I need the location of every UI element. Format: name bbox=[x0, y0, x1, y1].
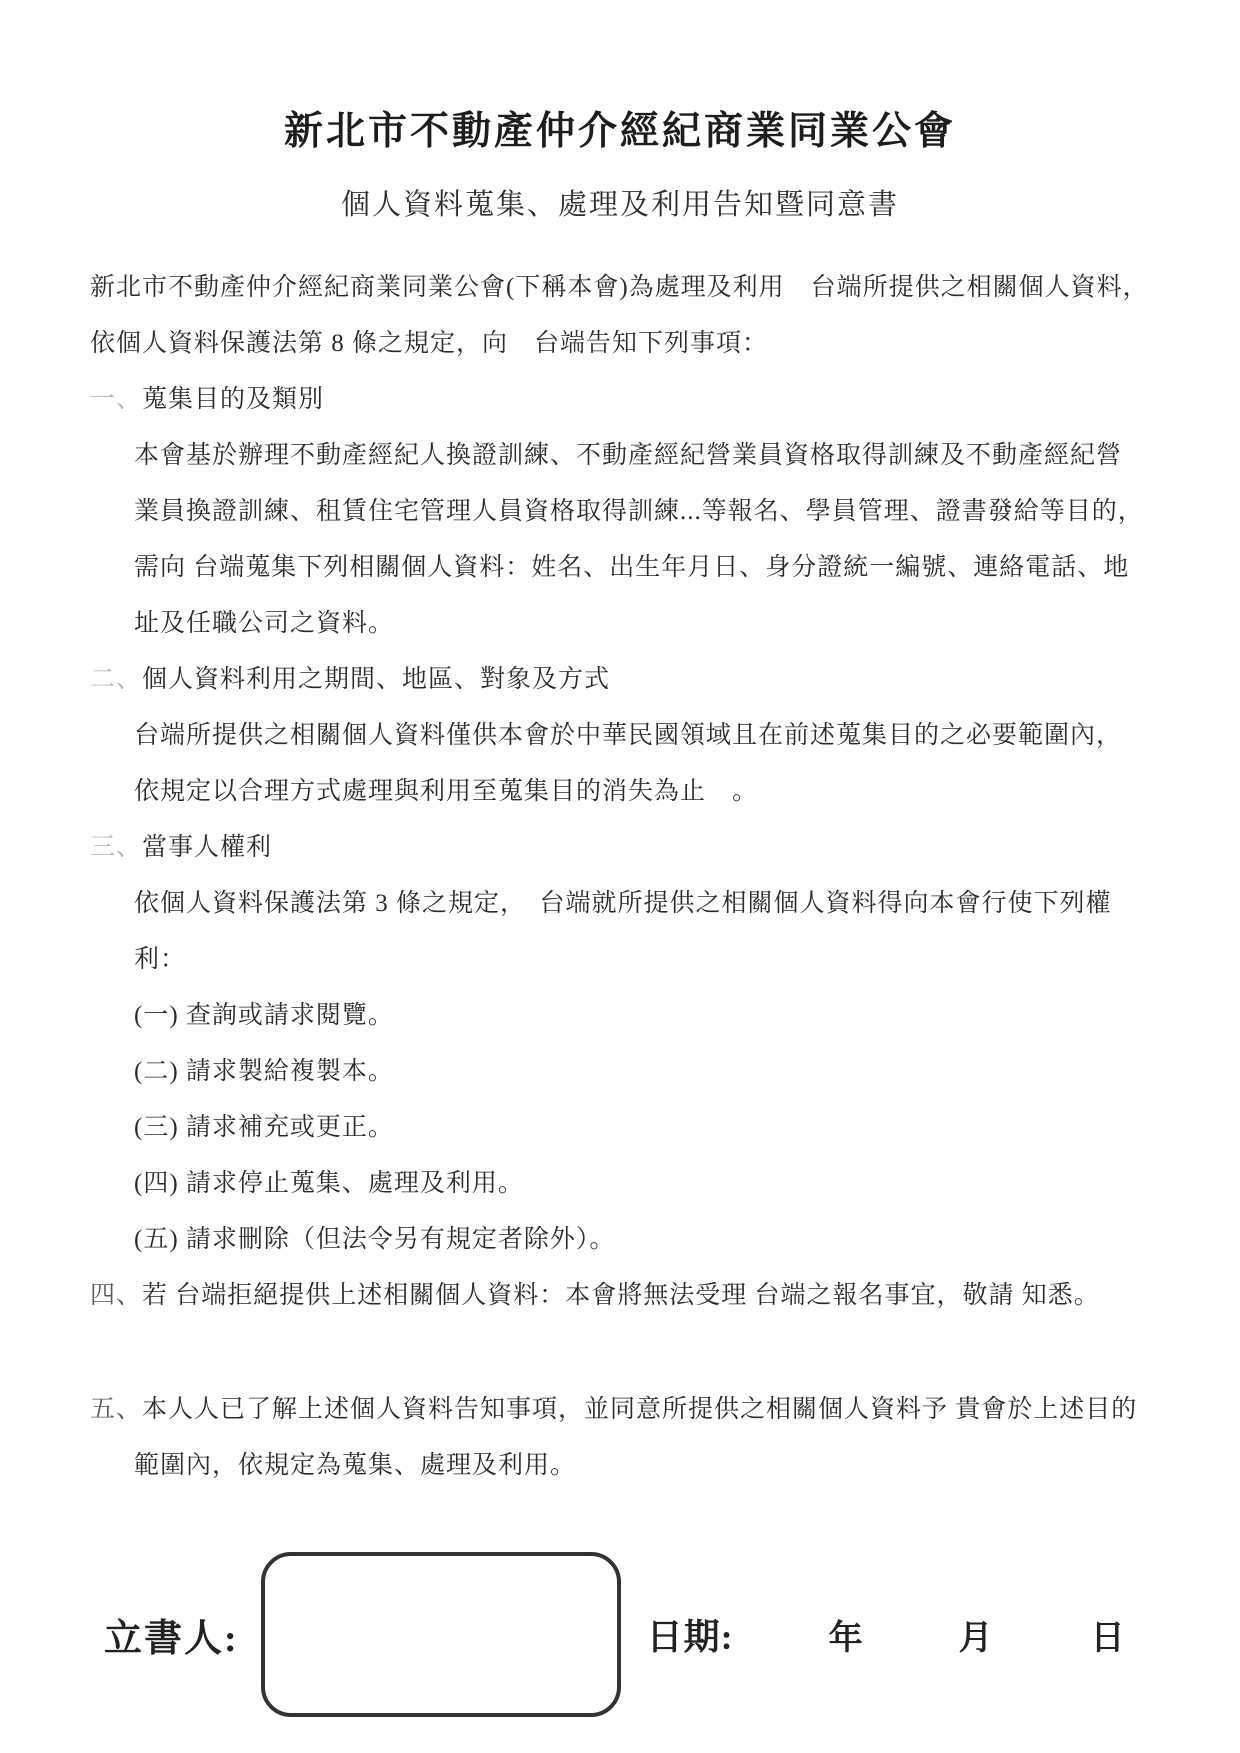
list-item-1-marker: 一、 bbox=[90, 379, 142, 415]
signer-signature-box[interactable] bbox=[261, 1552, 621, 1717]
signer-label: 立書人: bbox=[104, 1607, 239, 1662]
list-item-3-marker: 三、 bbox=[90, 827, 142, 863]
list-item-5-line: 本人人已了解上述個人資料告知事項，並同意所提供之相關個人資料予 貴會於上述目的 bbox=[142, 1389, 1137, 1425]
list-item-2-line: 台端所提供之相關個人資料僅供本會於中華民國領域且在前述蒐集目的之必要範圍內， bbox=[134, 705, 1152, 761]
list-item-1-heading: 蒐集目的及類別 bbox=[142, 379, 324, 415]
list-item-3-sub-item: (五) 請求刪除（但法令另有規定者除外）。 bbox=[134, 1209, 1152, 1265]
list-item-2-title: 二、 個人資料利用之期間、地區、對象及方式 bbox=[90, 649, 1152, 705]
list-item-3-line: 依個人資料保護法第 3 條之規定， 台端就所提供之相關個人資料得向本會行使下列權 bbox=[134, 873, 1152, 929]
intro-line-2: 依個人資料保護法第 8 條之規定，向 台端告知下列事項： bbox=[90, 313, 1152, 369]
list-item-3-sub-item: (二) 請求製給複製本。 bbox=[134, 1041, 1152, 1097]
list-item-5-line: 範圍內，依規定為蒐集、處理及利用。 bbox=[134, 1435, 1152, 1491]
list-item-3-sub-item: (三) 請求補充或更正。 bbox=[134, 1097, 1152, 1153]
consent-form-page: 新北市不動產仲介經紀商業同業公會 個人資料蒐集、處理及利用告知暨同意書 新北市不… bbox=[0, 0, 1240, 1753]
list-item-3-heading: 當事人權利 bbox=[142, 827, 272, 863]
list-item-3-title: 三、 當事人權利 bbox=[90, 817, 1152, 873]
list-item-1-line: 址及任職公司之資料。 bbox=[134, 593, 1152, 649]
list-item-1-line: 業員換證訓練、租賃住宅管理人員資格取得訓練...等報名、學員管理、證書發給等目的… bbox=[134, 481, 1152, 537]
document-body: 新北市不動產仲介經紀商業同業公會(下稱本會)為處理及利用 台端所提供之相關個人資… bbox=[90, 257, 1152, 1491]
month-label: 月 bbox=[959, 1610, 993, 1659]
day-label: 日 bbox=[1091, 1610, 1125, 1659]
list-item-3-sub-item: (一) 查詢或請求閱覽。 bbox=[134, 985, 1152, 1041]
list-item-4-line: 若 台端拒絕提供上述相關個人資料：本會將無法受理 台端之報名事宜，敬請 知悉。 bbox=[142, 1275, 1100, 1311]
list-item-3-line: 利： bbox=[134, 929, 1152, 985]
list-item-1-line: 本會基於辦理不動產經紀人換證訓練、不動產經紀營業員資格取得訓練及不動產經紀營 bbox=[134, 425, 1152, 481]
list-item-3-sub-item: (四) 請求停止蒐集、處理及利用。 bbox=[134, 1153, 1152, 1209]
list-item-5-marker: 五、 bbox=[90, 1389, 142, 1425]
signature-section: 立書人: 日期: 年 月 日 bbox=[0, 1552, 1240, 1717]
list-item-1-line: 需向 台端蒐集下列相關個人資料：姓名、出生年月日、身分證統一編號、連絡電話、地 bbox=[134, 537, 1152, 593]
list-item-4-marker: 四、 bbox=[90, 1275, 142, 1311]
year-label: 年 bbox=[829, 1610, 863, 1659]
intro-line-1: 新北市不動產仲介經紀商業同業公會(下稱本會)為處理及利用 台端所提供之相關個人資… bbox=[90, 257, 1152, 313]
list-item-4: 四、 若 台端拒絕提供上述相關個人資料：本會將無法受理 台端之報名事宜，敬請 知… bbox=[90, 1265, 1152, 1321]
date-label: 日期: bbox=[647, 1609, 734, 1660]
list-item-2-marker: 二、 bbox=[90, 659, 142, 695]
list-item-1-title: 一、 蒐集目的及類別 bbox=[90, 369, 1152, 425]
list-item-2-heading: 個人資料利用之期間、地區、對象及方式 bbox=[142, 659, 610, 695]
page-subtitle: 個人資料蒐集、處理及利用告知暨同意書 bbox=[0, 182, 1240, 223]
list-item-2-line: 依規定以合理方式處理與利用至蒐集目的消失為止 。 bbox=[134, 761, 1152, 817]
page-title: 新北市不動產仲介經紀商業同業公會 bbox=[0, 0, 1240, 156]
list-item-5: 五、 本人人已了解上述個人資料告知事項，並同意所提供之相關個人資料予 貴會於上述… bbox=[90, 1379, 1152, 1435]
